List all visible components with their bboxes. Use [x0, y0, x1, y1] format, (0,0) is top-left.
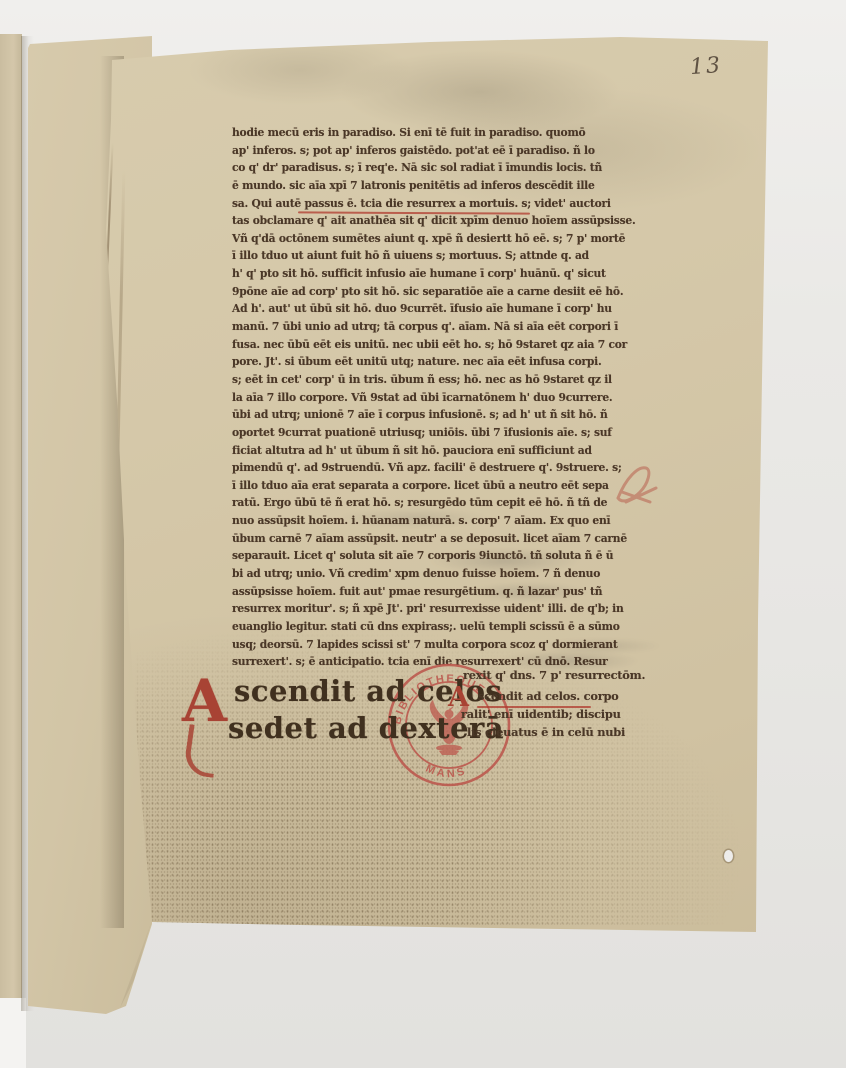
red-underline — [477, 706, 591, 708]
manuscript-line: sa. Qui autē passus ē. tcia die resurrex… — [232, 195, 627, 213]
manuscript-line: pore. Jt'. si ūbum eēt unitū utq; nature… — [232, 353, 627, 371]
manuscript-line: Vñ q'dā octōnem sumētes aiunt q. xpē ñ d… — [232, 230, 627, 248]
manuscript-line: fusa. nec ūbū eēt eis unitū. nec ubii eē… — [232, 336, 627, 354]
manuscript-line: usq; deorsū. 7 lapides scissi st' 7 mult… — [232, 636, 627, 654]
manuscript-line: 9pōne aīe ad corp' pto sit hō. sic separ… — [232, 283, 627, 301]
manuscript-line: separauit. Licet q' soluta sit aīe 7 cor… — [232, 547, 627, 565]
manuscript-line: ficiat altutra ad h' ut ūbum ñ sit hō. p… — [232, 442, 627, 460]
manuscript-line: tas obclamare q' ait anathēa sit q' dici… — [232, 212, 627, 230]
right-column-line: scendit ad celos. corpo — [478, 689, 619, 703]
manuscript-line: co q' dr' paradisus. s; ī req'e. Nā sic … — [232, 159, 627, 177]
right-column-line: lis eleuatus ē in celū nubi — [467, 725, 625, 739]
manuscript-line: nuo assūpsit hoīem. i. hūanam naturā. s.… — [232, 512, 627, 530]
rubric-initial-A: A — [182, 672, 227, 730]
manuscript-line: euanglio legitur. stati cū dns expirass;… — [232, 618, 627, 636]
right-column-line: ralit' enī uidentib; discipu — [461, 707, 621, 721]
manuscript-line: resurrex moritur'. s; ñ xpē Jt'. pri' re… — [232, 600, 627, 618]
manuscript-line: hodie mecū eris in paradiso. Si enī tē f… — [232, 124, 627, 142]
book-page-edge-far — [0, 34, 22, 1000]
manuscript-line: oportet 9currat puationē utriusq; uniōis… — [232, 424, 627, 442]
manuscript-line: ap' inferos. s; pot ap' inferos gaistēdo… — [232, 142, 627, 160]
manuscript-line: la aīa 7 illo corpore. Vñ 9stat ad ūbi ī… — [232, 389, 627, 407]
manuscript-line: h' q' pto sit hō. sufficit infusio aīe h… — [232, 265, 627, 283]
manuscript-line: ē mundo. sic aīa xpī 7 latronis penitēti… — [232, 177, 627, 195]
manuscript-line: s; eēt in cet' corp' ū in tris. ūbum ñ e… — [232, 371, 627, 389]
red-marginal-mark — [612, 458, 666, 510]
manuscript-line: ūbum carnē 7 aīam assūpsit. neutr' a se … — [232, 530, 627, 548]
parchment-hole — [724, 850, 733, 862]
manuscript-line: ūbi ad utrq; unionē 7 aīe ī corpus infus… — [232, 406, 627, 424]
text-block: hodie mecū eris in paradiso. Si enī tē f… — [232, 124, 627, 671]
manuscript-line: ī illo tduo ut aiunt fuit hō ñ uiuens s;… — [232, 247, 627, 265]
manuscript-line: manū. 7 ūbi unio ad utrq; tā corpus q'. … — [232, 318, 627, 336]
manuscript-line: ratū. Ergo ūbū tē ñ erat hō. s; resurgēd… — [232, 494, 627, 512]
manuscript-line: Ad h'. aut' ut ūbū sit hō. duo 9currēt. … — [232, 300, 627, 318]
folio-number: 13 — [689, 53, 723, 80]
manuscript-line: pimendū q'. ad 9struendū. Vñ apz. facili… — [232, 459, 627, 477]
manuscript-line: ī illo tduo aīa erat separata a corpore.… — [232, 477, 627, 495]
manuscript-line: bi ad utrq; unio. Vñ credim' xpm denuo f… — [232, 565, 627, 583]
right-column-line: rexit q' dns. 7 p' resurrectōm. — [463, 668, 645, 682]
manuscript-photo: 13 hodie mecū eris in paradiso. Si enī t… — [0, 0, 846, 1068]
manuscript-line: assūpsisse hoīem. fuit aut' pmae resurgē… — [232, 583, 627, 601]
